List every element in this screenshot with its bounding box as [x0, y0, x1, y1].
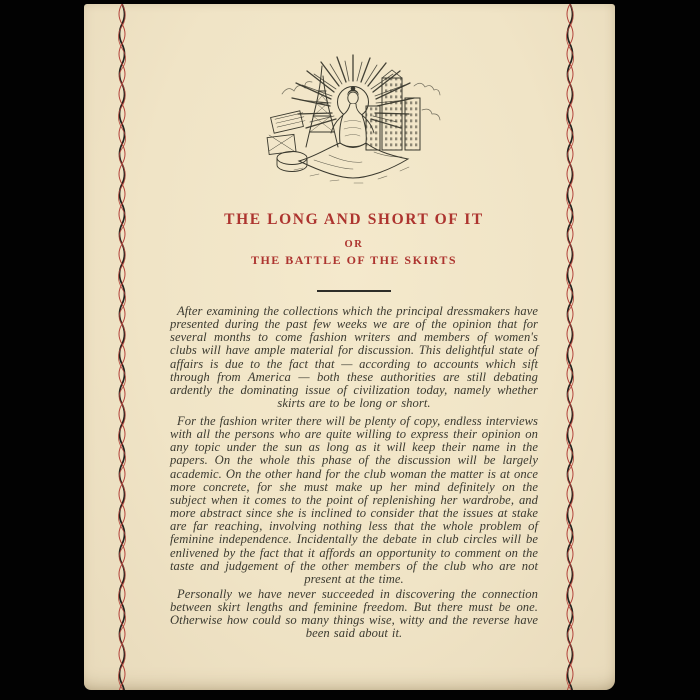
title-or: OR — [170, 239, 538, 250]
page-subtitle: THE BATTLE OF THE SKIRTS — [170, 253, 538, 268]
paragraph-3: Personally we have never succeeded in di… — [170, 588, 538, 641]
paragraph-1: After examining the collections which th… — [170, 305, 538, 410]
divider-rule — [317, 290, 391, 292]
paragraph-2: For the fashion writer there will be ple… — [170, 415, 538, 586]
page-title: THE LONG AND SHORT OF IT — [170, 211, 538, 229]
sunburst-illustration — [254, 52, 452, 202]
right-wavy-border — [562, 4, 580, 690]
left-wavy-border — [114, 4, 132, 690]
photograph-background: THE LONG AND SHORT OF IT OR THE BATTLE O… — [0, 0, 700, 700]
document-page: THE LONG AND SHORT OF IT OR THE BATTLE O… — [84, 4, 615, 690]
skyscrapers — [366, 70, 420, 150]
